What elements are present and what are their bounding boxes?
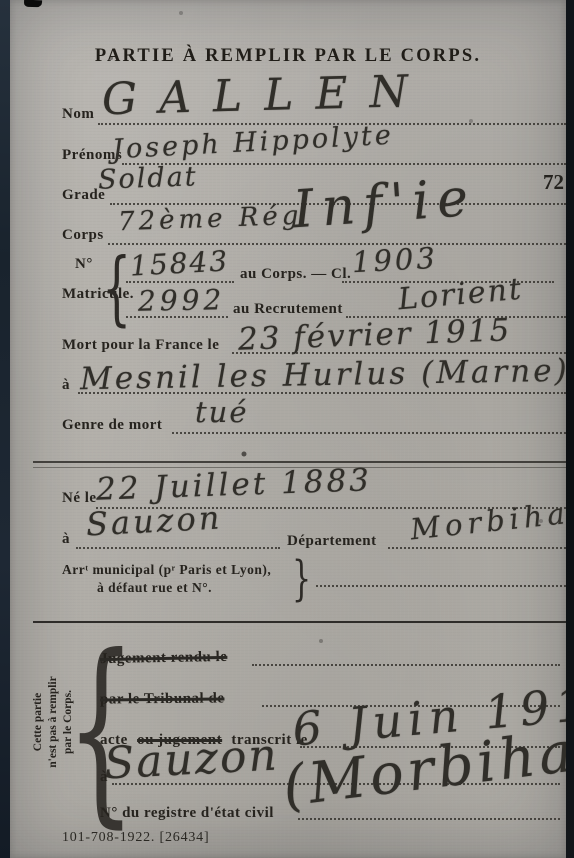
sidebar-note-line2: n'est pas à remplir — [46, 637, 61, 807]
matricule-recrutement-number-value: 2992 — [138, 286, 226, 316]
field-ne-a-label: à — [62, 531, 70, 548]
field-jugement-label: Jugement rendu le — [100, 649, 228, 668]
field-nom-value: GALLEN — [101, 70, 430, 123]
field-corps-label: Corps — [62, 227, 104, 244]
field-departement-label: Département — [287, 533, 377, 550]
field-registre-label: N° du registre d'état civil — [100, 805, 274, 822]
scanned-military-death-record: PARTIE À REMPLIR PAR LE CORPS. 72 Nom GA… — [0, 0, 574, 858]
field-corps-regiment-value: 72ème Rég — [118, 203, 303, 235]
film-edge-left — [0, 0, 10, 858]
folio-page-number: 72 — [543, 170, 564, 195]
matricule-classe-value: 1903 — [351, 244, 438, 277]
film-edge-right — [566, 0, 574, 858]
field-lieu-deces-value: Mesnil les Hurlus (Marne) — [80, 356, 570, 396]
sidebar-note-line1: Cette partie — [31, 637, 46, 807]
field-corps-arme-value: Inf'ie — [291, 172, 477, 237]
printer-imprint: 101-708-1922. [26434] — [62, 830, 209, 846]
field-arr-municipal-rule — [316, 585, 566, 587]
field-nom-label: Nom — [62, 106, 94, 123]
field-genre-mort-rule — [172, 432, 566, 434]
film-edge-mark — [24, 0, 42, 7]
field-tribunal-label: par le Tribunal de — [100, 690, 225, 708]
au-corps-label: au Corps. — Cl. — [240, 266, 351, 283]
au-recrutement-label: au Recrutement — [233, 301, 343, 318]
field-arr-municipal-label-line2: à défaut rue et N°. — [97, 581, 212, 596]
field-ne-a-value: Sauzon — [85, 501, 223, 540]
field-ne-le-label: Né le — [62, 490, 97, 507]
field-departement-rule — [388, 547, 566, 549]
field-lieu-deces-label: à — [62, 377, 70, 394]
matricule-corps-number-value: 15843 — [129, 247, 229, 280]
field-genre-mort-value: tué — [195, 398, 249, 427]
field-jugement-rule — [252, 664, 560, 666]
field-ne-a-rule — [76, 547, 280, 549]
field-mort-label: Mort pour la France le — [62, 337, 219, 354]
field-grade-value: Soldat — [98, 163, 199, 193]
field-matricule-label-line1: N° — [75, 256, 93, 273]
arr-municipal-brace: } — [292, 556, 311, 604]
field-registre-rule — [298, 818, 560, 820]
form-title: PARTIE À REMPLIR PAR LE CORPS. — [10, 46, 566, 67]
field-corps-rule — [108, 243, 566, 245]
field-arr-municipal-label-line1: Arrᵗ municipal (pʳ Paris et Lyon), — [62, 563, 271, 578]
field-transcription-lieu-value: Sauzon — [103, 733, 280, 786]
field-genre-mort-label: Genre de mort — [62, 417, 162, 434]
